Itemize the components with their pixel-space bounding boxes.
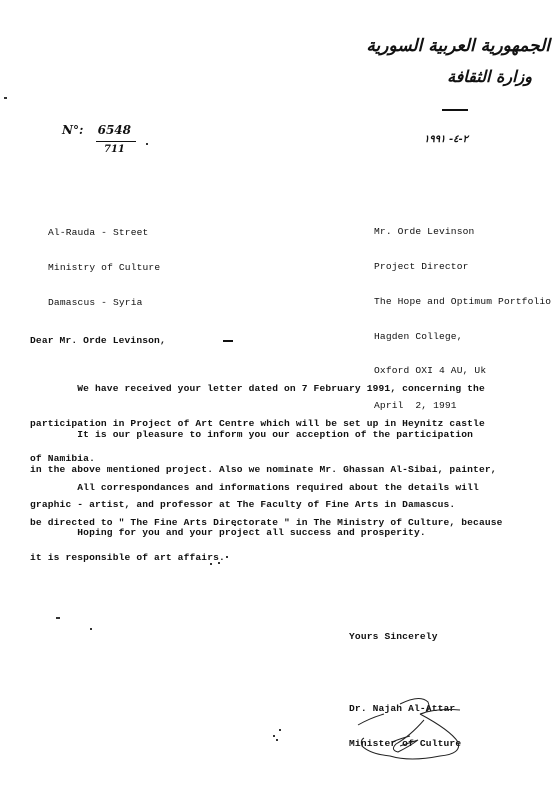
scan-speck (273, 735, 275, 737)
letterhead-divider (442, 109, 468, 111)
sender-address-line: Ministry of Culture (48, 262, 160, 274)
reference-value: 6548 (98, 123, 131, 137)
reference-label: N°: (62, 123, 83, 137)
scan-speck (4, 97, 7, 99)
salutation: Dear Mr. Orde Levinson, (30, 335, 166, 347)
recipient-address-line: Project Director (374, 261, 551, 273)
recipient-address-line: Mr. Orde Levinson (374, 226, 551, 238)
scan-speck (90, 628, 92, 630)
sender-address-line: Al-Rauda - Street (48, 227, 160, 239)
scan-speck (226, 556, 228, 558)
handwritten-date: ٢-٤- ١٩٩١ (424, 134, 514, 145)
scan-speck (210, 563, 212, 565)
scan-speck (234, 524, 236, 526)
scan-speck (279, 729, 281, 731)
salutation-mark (223, 340, 233, 342)
signature (340, 690, 480, 760)
body-paragraph-4: Hoping for you and your project all succ… (30, 504, 426, 550)
reference-number: N°: 6548 (62, 123, 131, 137)
letterhead-ministry: وزارة الثقافة (380, 67, 532, 86)
scan-speck (276, 739, 278, 741)
recipient-address-line: Hagden College, (374, 331, 551, 343)
reference-sub: 711 (104, 144, 125, 155)
recipient-address-line: The Hope and Optimum Portfolio (374, 296, 551, 308)
scan-speck (56, 617, 60, 619)
sender-address-line: Damascus - Syria (48, 297, 160, 309)
sender-address: Al-Rauda - Street Ministry of Culture Da… (48, 204, 160, 320)
letterhead-republic: الجمهورية العربية السورية (360, 36, 550, 56)
scan-speck (218, 562, 220, 564)
reference-underline (96, 141, 136, 142)
closing: Yours Sincerely (349, 631, 438, 643)
scan-speck (146, 143, 148, 145)
